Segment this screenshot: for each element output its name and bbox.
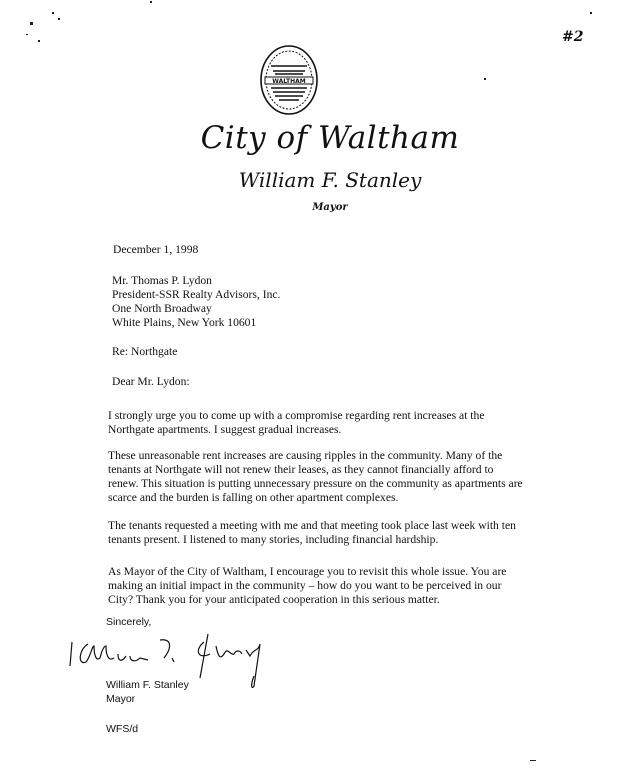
- paragraph: I strongly urge you to come up with a co…: [108, 409, 608, 437]
- salutation: Dear Mr. Lydon:: [112, 375, 190, 389]
- address-line: White Plains, New York 10601: [112, 316, 280, 330]
- paragraph: As Mayor of the City of Waltham, I encou…: [108, 565, 608, 607]
- letterhead-name: William F. Stanley: [200, 168, 460, 192]
- signer-title: Mayor: [106, 692, 189, 706]
- letterhead-title: Mayor: [300, 202, 360, 213]
- subject-line: Re: Northgate: [112, 345, 177, 359]
- svg-text:WALTHAM: WALTHAM: [272, 78, 306, 85]
- address-line: One North Broadway: [112, 302, 280, 316]
- typist-initials: WFS/d: [106, 722, 138, 736]
- closing: Sincerely,: [106, 615, 151, 629]
- letter-date: December 1, 1998: [113, 243, 198, 257]
- address-line: President-SSR Realty Advisors, Inc.: [112, 288, 280, 302]
- letterhead-city: City of Waltham: [180, 120, 480, 156]
- recipient-address: Mr. Thomas P. Lydon President-SSR Realty…: [112, 274, 280, 330]
- paragraph: These unreasonable rent increases are ca…: [108, 449, 608, 505]
- address-line: Mr. Thomas P. Lydon: [112, 274, 280, 288]
- page-number-mark: #2: [562, 30, 583, 44]
- city-seal-icon: WALTHAM: [259, 44, 319, 116]
- signer-block: William F. Stanley Mayor: [106, 678, 189, 706]
- paragraph: The tenants requested a meeting with me …: [108, 519, 608, 547]
- signer-name: William F. Stanley: [106, 678, 189, 692]
